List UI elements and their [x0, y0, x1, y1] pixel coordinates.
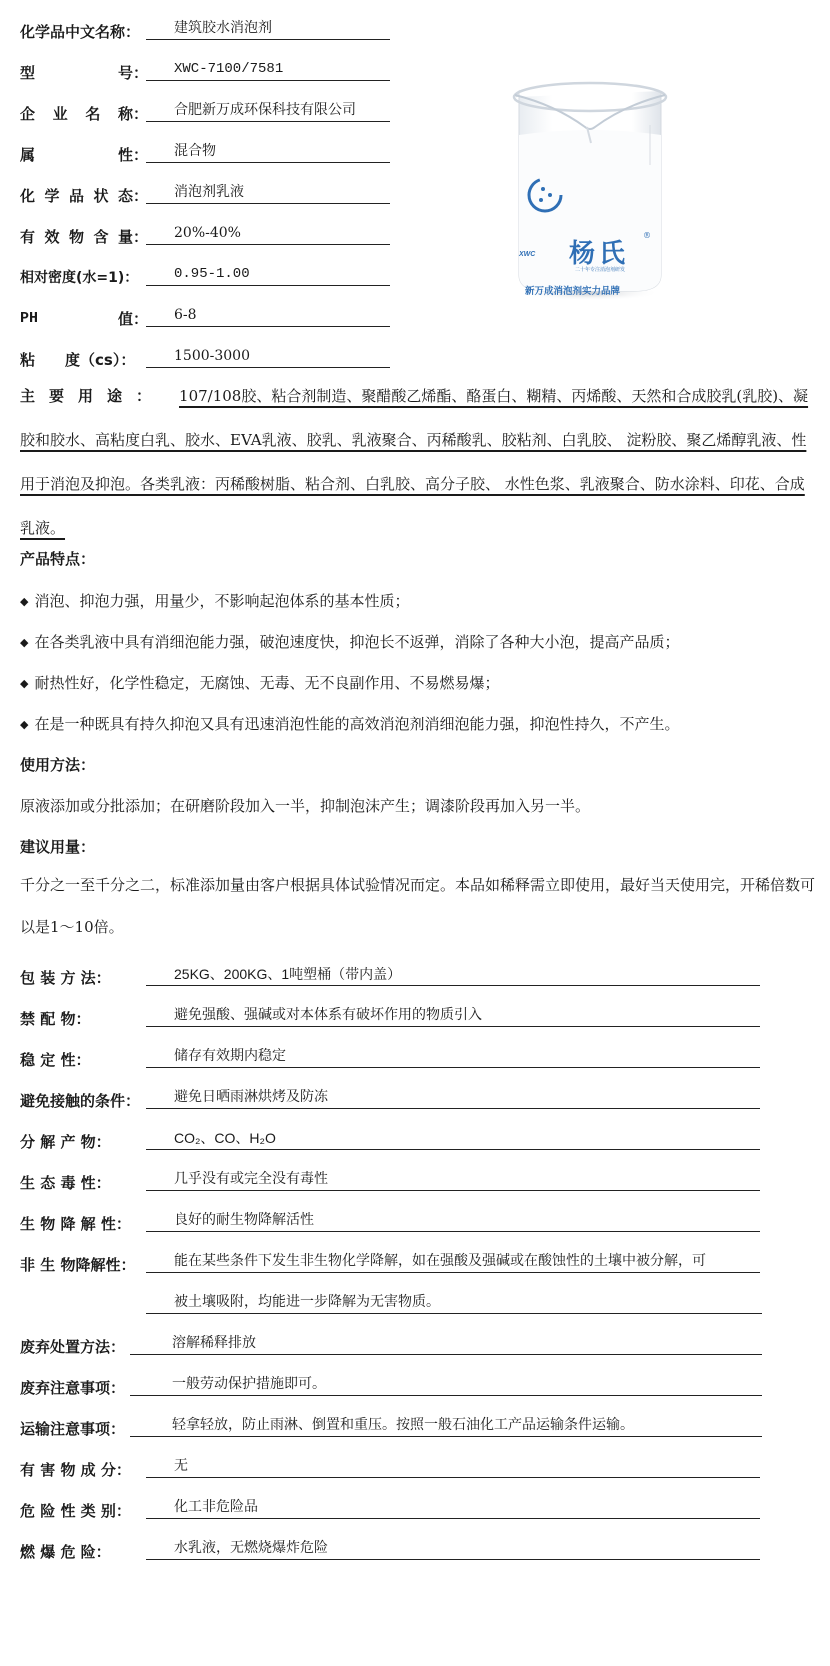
field-disposal-notes: 废弃注意事项：	[20, 1368, 148, 1398]
field-attribute: 属性：	[20, 135, 148, 165]
field-value-stability: 储存有效期内稳定	[146, 1046, 760, 1068]
field-density: 相对密度(水=1)：	[20, 258, 148, 288]
field-value-chemical-name: 建筑胶水消泡剂	[146, 18, 390, 40]
field-hazard-class: 危 险 性 类 别：	[20, 1491, 148, 1521]
field-incompatible: 禁 配 物：	[20, 999, 148, 1029]
field-biodegradability: 生 物 降 解 性：	[20, 1204, 148, 1234]
field-value-biodegradability: 良好的耐生物降解活性	[146, 1210, 760, 1232]
brand-tagline: 二十年专注消泡剂研发	[575, 266, 625, 273]
diamond-bullet-icon: ◆	[20, 718, 28, 731]
field-value-transport-notes: 轻拿轻放，防止雨淋、倒置和重压。按照一般石油化工产品运输条件运输。	[130, 1415, 762, 1437]
field-value-attribute: 混合物	[146, 141, 390, 163]
field-label: 废弃处置方法：	[20, 1337, 148, 1357]
field-value-state: 消泡剂乳液	[146, 182, 390, 204]
field-avoid-conditions: 避免接触的条件：	[20, 1081, 148, 1111]
field-fire-explosion: 燃 爆 危 险：	[20, 1532, 148, 1562]
field-label: 有 害 物 成 分：	[20, 1460, 148, 1480]
field-label: 企业名称：	[20, 104, 148, 124]
field-value-hazard-class: 化工非危险品	[146, 1497, 760, 1519]
field-label: 燃 爆 危 险：	[20, 1542, 148, 1562]
field-stability: 稳 定 性：	[20, 1040, 148, 1070]
brand-logo-text: XWC	[519, 251, 535, 258]
field-value-model: XWC-7100/7581	[146, 59, 390, 81]
field-non-bio-degradability: 非 生 物降解性：	[20, 1245, 148, 1275]
field-label: 危 险 性 类 别：	[20, 1501, 148, 1521]
features-heading: 产品特点：	[20, 548, 95, 569]
feature-item: ◆在是一种既具有持久抑泡又具有迅速消泡性能的高效消泡剂消细泡能力强，抑泡性持久，…	[20, 713, 679, 734]
field-value-non-bio-degradability: 能在某些条件下发生非生物化学降解，如在强酸及强碱或在酸蚀性的土壤中被分解，可	[146, 1251, 760, 1273]
field-label: 属性：	[20, 145, 148, 165]
dosage-heading: 建议用量：	[20, 836, 95, 857]
field-viscosity: 粘度（cs）：	[20, 340, 148, 370]
field-value-active-content: 20%-40%	[146, 223, 390, 245]
main-use-section: 主要用途：107/108胶、粘合剂制造、聚醋酸乙烯酯、酪蛋白、糊精、丙烯酸、天然…	[20, 374, 815, 550]
usage-heading: 使用方法：	[20, 754, 95, 775]
field-active-content: 有效物含量：	[20, 217, 148, 247]
field-value-disposal-notes: 一般劳动保护措施即可。	[130, 1374, 762, 1396]
field-value-viscosity: 1500-3000	[146, 346, 390, 368]
field-label: 有效物含量：	[20, 227, 148, 247]
field-value-eco-toxicity: 几乎没有或完全没有毒性	[146, 1169, 760, 1191]
field-value-company: 合肥新万成环保科技有限公司	[146, 100, 390, 122]
field-label: 生 物 降 解 性：	[20, 1214, 148, 1234]
field-label: 分 解 产 物：	[20, 1132, 148, 1152]
field-label: 避免接触的条件：	[20, 1091, 148, 1111]
field-chemical-name: 化学品中文名称：	[20, 12, 165, 42]
field-label: 包 装 方 法：	[20, 968, 148, 988]
field-decomposition: 分 解 产 物：	[20, 1122, 148, 1152]
feature-item: ◆消泡、抑泡力强，用量少，不影响起泡体系的基本性质；	[20, 590, 409, 611]
field-hazardous-components: 有 害 物 成 分：	[20, 1450, 148, 1480]
field-value-hazardous-components: 无	[146, 1456, 760, 1478]
field-label: 禁 配 物：	[20, 1009, 148, 1029]
field-value-fire-explosion: 水乳液，无燃烧爆炸危险	[146, 1538, 760, 1560]
field-label: 粘度（cs）：	[20, 350, 148, 370]
field-value-avoid-conditions: 避免日晒雨淋烘烤及防冻	[146, 1087, 760, 1109]
field-value-density: 0.95-1.00	[146, 264, 390, 286]
field-label: 化学品状态：	[20, 186, 148, 206]
field-label: 非 生 物降解性：	[20, 1255, 148, 1275]
product-image: XWC 杨氏 ® 二十年专注消泡剂研发 新万成消泡剂实力品牌	[505, 55, 675, 285]
field-value-incompatible: 避免强酸、强碱或对本体系有破坏作用的物质引入	[146, 1005, 760, 1027]
registered-mark: ®	[643, 231, 651, 240]
field-label: 相对密度(水=1)：	[20, 268, 148, 288]
field-ph: PH值：	[20, 299, 148, 329]
main-use-text: 107/108胶、粘合剂制造、聚醋酸乙烯酯、酪蛋白、糊精、丙烯酸、天然和合成胶乳…	[20, 387, 808, 537]
field-label: 化学品中文名称：	[20, 22, 165, 42]
field-label: 运输注意事项：	[20, 1419, 148, 1439]
field-value-packaging: 25KG、200KG、1吨塑桶（带内盖）	[146, 964, 760, 986]
feature-item: ◆耐热性好，化学性稳定，无腐蚀、无毒、无不良副作用、不易燃易爆；	[20, 672, 499, 693]
field-transport-notes: 运输注意事项：	[20, 1409, 148, 1439]
field-value-decomposition: CO₂、CO、H₂O	[146, 1128, 760, 1150]
field-eco-toxicity: 生 态 毒 性：	[20, 1163, 148, 1193]
field-value-non-bio-degradability-line2: 被土壤吸附，均能进一步降解为无害物质。	[146, 1292, 762, 1314]
field-label: 稳 定 性：	[20, 1050, 148, 1070]
field-model: 型号：	[20, 53, 148, 83]
diamond-bullet-icon: ◆	[20, 595, 28, 608]
field-value-ph: 6-8	[146, 305, 390, 327]
field-value-disposal-method: 溶解稀释排放	[130, 1333, 762, 1355]
main-use-label: 主要用途	[20, 387, 136, 405]
diamond-bullet-icon: ◆	[20, 677, 28, 690]
field-state: 化学品状态：	[20, 176, 148, 206]
field-label: PH值：	[20, 309, 148, 329]
usage-text: 原液添加或分批添加；在研磨阶段加入一半，抑制泡沫产生；调漆阶段再加入另一半。	[20, 795, 590, 816]
brand-slogan: 新万成消泡剂实力品牌	[525, 283, 620, 297]
field-packaging: 包 装 方 法：	[20, 958, 148, 988]
field-label: 型号：	[20, 63, 148, 83]
diamond-bullet-icon: ◆	[20, 636, 28, 649]
field-company: 企业名称：	[20, 94, 148, 124]
dosage-text: 千分之一至千分之二，标准添加量由客户根据具体试验情况而定。本品如稀释需立即使用，…	[20, 864, 815, 948]
field-label: 生 态 毒 性：	[20, 1173, 148, 1193]
field-disposal-method: 废弃处置方法：	[20, 1327, 148, 1357]
field-label: 废弃注意事项：	[20, 1378, 148, 1398]
feature-item: ◆在各类乳液中具有消细泡能力强，破泡速度快，抑泡长不返弹，消除了各种大小泡，提高…	[20, 631, 679, 652]
brand-name: 杨氏	[569, 233, 629, 270]
